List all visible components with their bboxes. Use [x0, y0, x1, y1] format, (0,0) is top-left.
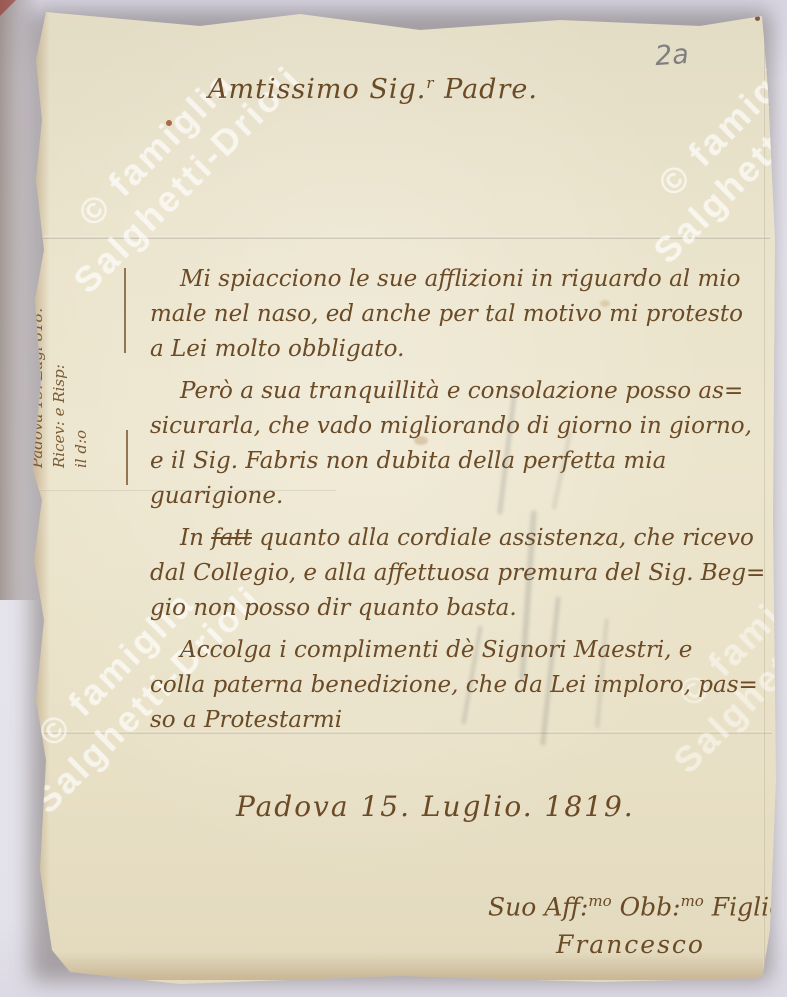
body-line: dal Collegio, e alla affettuosa premura …: [150, 556, 780, 591]
copyright-watermark: © famiglia Salghetti-Drioli: [613, 0, 787, 273]
body-line: Mi spiacciono le sue afflizioni in rigua…: [150, 262, 780, 297]
watermark-line1: © famiglia: [613, 0, 787, 241]
body-line: gio non posso dir quanto basta.: [150, 591, 780, 626]
watermark-line1: © famiglia: [33, 25, 279, 271]
body-line: guarigione.: [150, 479, 780, 514]
docket-line: Ricev: e Risp:: [48, 253, 70, 468]
body-text-segment: quanto alla cordiale assistenza, che ric…: [252, 525, 754, 551]
signature-name: Francesco: [556, 930, 705, 959]
closing-superscript: mo: [681, 892, 704, 910]
docket-rule-line: [124, 268, 126, 353]
paragraph-3: In fatt quanto alla cordiale assistenza,…: [150, 521, 780, 626]
body-line: Accolga i complimenti dè Signori Maestri…: [150, 633, 780, 668]
closing-text: Obb:: [612, 892, 681, 921]
docket-rule-line: [126, 430, 128, 485]
signature-closing: Suo Aff:mo Obb:mo Figlio: [488, 892, 784, 921]
docket-line: il d:o: [70, 253, 92, 468]
salutation: Amtissimo Sig.r Padre.: [208, 74, 538, 105]
archival-number-pencil: 2a: [654, 39, 690, 72]
red-corner-mark: [0, 0, 16, 16]
closing-text: Figlio: [704, 892, 784, 921]
body-line: a Lei molto obbligato.: [150, 332, 780, 367]
paragraph-2: Però a sua tranquillità e consolazione p…: [150, 374, 780, 514]
body-text-segment: In: [180, 525, 211, 551]
body-line: Però a sua tranquillità e consolazione p…: [150, 374, 780, 409]
paragraph-1: Mi spiacciono le sue afflizioni in rigua…: [150, 262, 780, 367]
paper-stain: [600, 300, 610, 307]
body-line: sicurarla, che vado migliorando di giorn…: [150, 409, 780, 444]
fold-crease-upper: [40, 236, 770, 239]
salutation-rest: Padre.: [435, 74, 538, 105]
paper-stain: [414, 436, 428, 445]
photo-background: © famiglia Salghetti-Drioli © famiglia S…: [0, 0, 787, 997]
paper-stain: [166, 120, 172, 126]
body-line: male nel naso, ed anche per tal motivo m…: [150, 297, 780, 332]
letter-paper: © famiglia Salghetti-Drioli © famiglia S…: [0, 0, 787, 997]
body-line-with-strikethrough: In fatt quanto alla cordiale assistenza,…: [150, 521, 780, 556]
closing-text: Suo Aff:: [488, 892, 588, 921]
letter-body: Mi spiacciono le sue afflizioni in rigua…: [150, 262, 780, 745]
body-line: e il Sig. Fabris non dubita della perfet…: [150, 444, 780, 479]
closing-superscript: mo: [588, 892, 611, 910]
red-mark: [773, 955, 780, 964]
place-and-date: Padova 15. Luglio. 1819.: [236, 790, 635, 823]
salutation-superscript: r: [426, 74, 434, 92]
struck-out-word: fatt: [211, 525, 252, 551]
salutation-text: Amtissimo Sig.: [208, 74, 426, 105]
